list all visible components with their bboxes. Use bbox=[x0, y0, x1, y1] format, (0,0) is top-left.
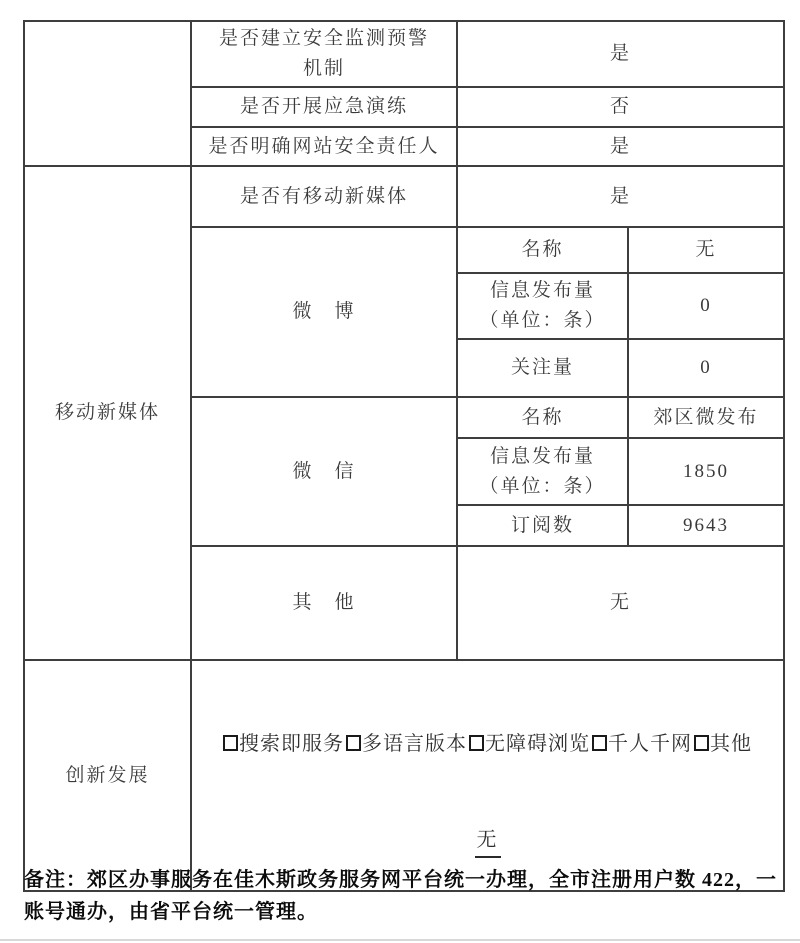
weibo-posts-label: 信息发布量 （单位：条） bbox=[457, 273, 628, 339]
weibo-name-value: 无 bbox=[628, 227, 784, 273]
innovation-section-label: 创新发展 bbox=[24, 660, 191, 891]
mobile-media-section-label: 移动新媒体 bbox=[24, 166, 191, 660]
security-officer-label: 是否明确网站安全责任人 bbox=[191, 127, 457, 166]
innovation-option: 多语言版本 bbox=[344, 733, 467, 755]
innovation-option: 千人千网 bbox=[590, 733, 692, 755]
innovation-content-cell: 搜索即服务多语言版本无障碍浏览千人千网其他 无 bbox=[191, 660, 784, 891]
annual-report-table: 是否建立安全监测预警 机制 是 是否开展应急演练 否 是否明确网站安全责任人 是… bbox=[23, 20, 785, 892]
innovation-option: 其他 bbox=[692, 733, 752, 755]
innovation-answer-line: 无 bbox=[196, 795, 779, 858]
wechat-label: 微 信 bbox=[191, 397, 457, 546]
security-warning-value: 是 bbox=[457, 21, 784, 87]
weibo-name-label: 名称 bbox=[457, 227, 628, 273]
report-page: 是否建立安全监测预警 机制 是 是否开展应急演练 否 是否明确网站安全责任人 是… bbox=[0, 0, 800, 943]
emergency-drill-label: 是否开展应急演练 bbox=[191, 87, 457, 127]
innovation-option: 搜索即服务 bbox=[223, 733, 344, 755]
weibo-followers-label: 关注量 bbox=[457, 339, 628, 397]
innovation-option-label: 多语言版本 bbox=[362, 733, 467, 755]
wechat-subscribers-value: 9643 bbox=[628, 505, 784, 546]
remarks-note: 备注：郊区办事服务在佳木斯政务服务网平台统一办理，全市注册用户数 422，一 账… bbox=[24, 864, 781, 928]
security-officer-value: 是 bbox=[457, 127, 784, 166]
empty-section-cell bbox=[24, 21, 191, 166]
other-media-label: 其 他 bbox=[191, 546, 457, 660]
other-media-value: 无 bbox=[457, 546, 784, 660]
innovation-option: 无障碍浏览 bbox=[467, 733, 590, 755]
wechat-name-label: 名称 bbox=[457, 397, 628, 438]
wechat-posts-label: 信息发布量 （单位：条） bbox=[457, 438, 628, 505]
checkbox-icon bbox=[694, 735, 709, 751]
wechat-subscribers-label: 订阅数 bbox=[457, 505, 628, 546]
innovation-option-label: 其他 bbox=[710, 733, 752, 755]
innovation-answer: 无 bbox=[475, 825, 501, 858]
has-mobile-media-label: 是否有移动新媒体 bbox=[191, 166, 457, 227]
wechat-name-value: 郊区微发布 bbox=[628, 397, 784, 438]
wechat-posts-value: 1850 bbox=[628, 438, 784, 505]
innovation-option-label: 搜索即服务 bbox=[239, 733, 344, 755]
checkbox-icon bbox=[592, 735, 607, 751]
emergency-drill-value: 否 bbox=[457, 87, 784, 127]
weibo-followers-value: 0 bbox=[628, 339, 784, 397]
innovation-options-line: 搜索即服务多语言版本无障碍浏览千人千网其他 bbox=[196, 693, 779, 761]
weibo-posts-value: 0 bbox=[628, 273, 784, 339]
has-mobile-media-value: 是 bbox=[457, 166, 784, 227]
checkbox-icon bbox=[223, 735, 238, 751]
innovation-option-label: 无障碍浏览 bbox=[485, 733, 590, 755]
bottom-divider bbox=[0, 939, 800, 941]
innovation-option-label: 千人千网 bbox=[608, 733, 692, 755]
security-warning-label: 是否建立安全监测预警 机制 bbox=[191, 21, 457, 87]
weibo-label: 微 博 bbox=[191, 227, 457, 397]
checkbox-icon bbox=[469, 735, 484, 751]
checkbox-icon bbox=[346, 735, 361, 751]
